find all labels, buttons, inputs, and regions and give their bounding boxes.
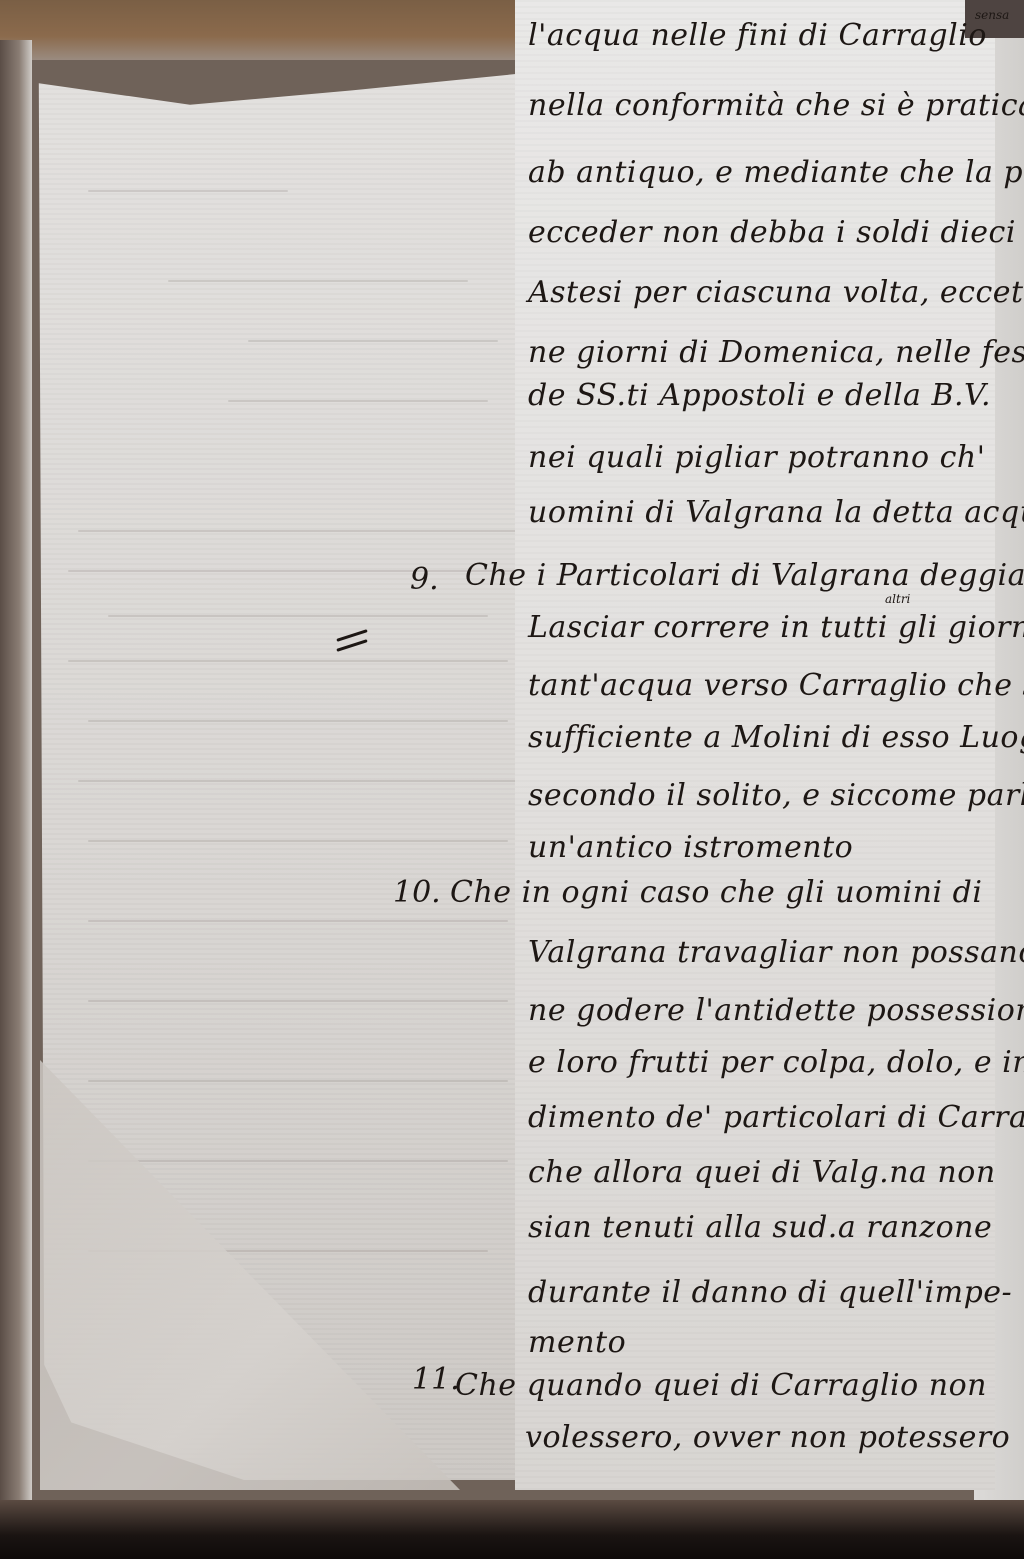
bleed-through-text [108, 615, 488, 617]
corner-note: sensa [975, 8, 1009, 22]
manuscript-line: e loro frutti per colpa, dolo, e impe- [528, 1045, 1024, 1080]
manuscript-line: nella conformità che si è praticato [528, 88, 1024, 123]
bleed-through-text [88, 1080, 508, 1082]
manuscript-line: volessero, ovver non potessero [525, 1420, 1010, 1455]
bleed-through-text [88, 840, 508, 842]
bleed-through-text [88, 1000, 508, 1002]
manuscript-line: Che in ogni caso che gli uomini di [450, 875, 982, 910]
wooden-surface-bottom [0, 1500, 1024, 1559]
bleed-through-text [228, 400, 488, 402]
manuscript-line: ab antiquo, e mediante che la paga [528, 155, 1024, 190]
manuscript-line: l'acqua nelle fini di Carraglio [528, 18, 987, 53]
manuscript-line: durante il danno di quell'impe- [528, 1275, 1012, 1310]
bleed-through-text [88, 190, 288, 192]
interlinear-insertion: altri [885, 592, 910, 606]
bleed-through-text [248, 340, 498, 342]
manuscript-line: Valgrana travagliar non possano [528, 935, 1024, 970]
manuscript-line: sian tenuti alla sud.a ranzone [528, 1210, 992, 1245]
bleed-through-text [78, 780, 518, 782]
bleed-through-text [68, 660, 508, 662]
bleed-through-text [88, 920, 508, 922]
manuscript-line: Lasciar correre in tutti gli giorni feri… [528, 610, 1024, 645]
manuscript-line: sufficiente a Molini di esso Luogo [528, 720, 1024, 755]
bleed-through-text [168, 280, 468, 282]
article-number-10: 10. [393, 875, 441, 910]
bleed-through-text [88, 720, 508, 722]
manuscript-line: Che i Particolari di Valgrana deggiano [465, 558, 1024, 593]
article-number-11: 11. [412, 1362, 460, 1397]
manuscript-line: dimento de' particolari di Carraglio [528, 1100, 1024, 1135]
manuscript-line: un'antico istromento [528, 830, 853, 865]
bleed-through-text [68, 570, 528, 572]
bleed-through-text [78, 530, 518, 532]
manuscript-line: Che quando quei di Carraglio non [455, 1368, 987, 1403]
manuscript-line: nei quali pigliar potranno ch' [528, 440, 985, 475]
manuscript-line: ne godere l'antidette possessioni [528, 993, 1024, 1028]
manuscript-line: uomini di Valgrana la detta acqua [528, 495, 1024, 530]
manuscript-line: secondo il solito, e siccome parla [528, 778, 1024, 813]
manuscript-line: tant'acqua verso Carraglio che sia [528, 668, 1024, 703]
manuscript-line: ecceder non debba i soldi dieci [528, 215, 1016, 250]
bleed-through-text [88, 1160, 508, 1162]
article-number-9: 9. [410, 562, 439, 597]
binding-edge [0, 40, 32, 1520]
manuscript-line: ne giorni di Domenica, nelle feste [528, 335, 1024, 370]
manuscript-line: che allora quei di Valg.na non [528, 1155, 996, 1190]
manuscript-line: de SS.ti Appostoli e della B.V. [528, 378, 991, 413]
margin-equals-mark [336, 628, 370, 654]
manuscript-line: mento [528, 1325, 626, 1360]
manuscript-line: Astesi per ciascuna volta, eccettuati [528, 275, 1024, 310]
